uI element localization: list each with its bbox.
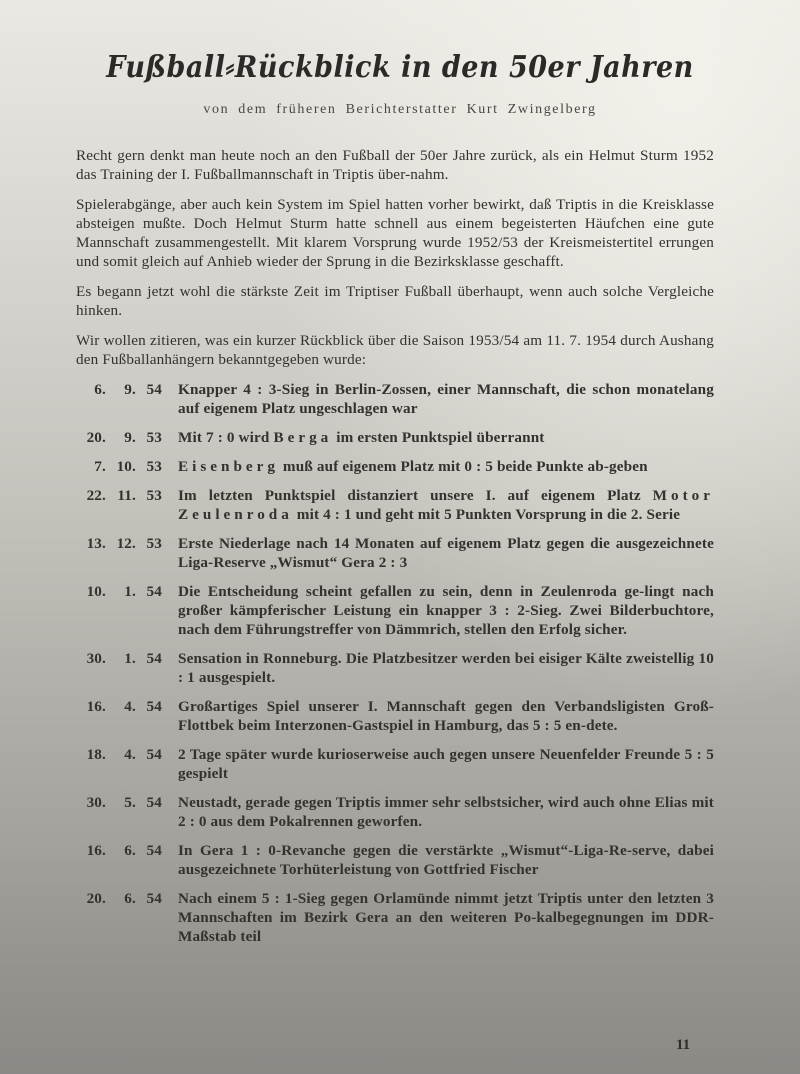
paragraph-strongest-era: Es begann jetzt wohl die stärkste Zeit i… [76, 282, 714, 320]
entry-text-after: mit 4 : 1 und geht mit 5 Punkten Vorspru… [293, 506, 680, 523]
entry-date: 13. 12. 53 [76, 534, 178, 553]
date-day: 16. [76, 841, 106, 860]
paragraph-intro: Recht gern denkt man heute noch an den F… [76, 146, 714, 184]
entry-text: Eisenberg muß auf eigenem Platz mit 0 : … [178, 457, 714, 476]
entry-text-before: Im letzten Punktspiel distanziert unsere… [178, 487, 653, 504]
entry-text-after: im ersten Punktspiel überrannt [332, 429, 544, 446]
date-year: 54 [136, 793, 162, 812]
entry-text: Neustadt, gerade gegen Triptis immer seh… [178, 793, 714, 831]
date-year: 53 [136, 534, 162, 553]
entry-text-before: Mit 7 : 0 wird [178, 429, 273, 446]
date-day: 20. [76, 428, 106, 447]
date-month: 10. [106, 457, 136, 476]
entry-text: Knapper 4 : 3-Sieg in Berlin-Zossen, ein… [178, 380, 714, 418]
date-year: 54 [136, 380, 162, 399]
chronicle-entry: 30. 5. 54 Neustadt, gerade gegen Triptis… [76, 793, 714, 831]
date-month: 4. [106, 697, 136, 716]
entry-date: 20. 9. 53 [76, 428, 178, 447]
paragraph-quote-intro: Wir wollen zitieren, was ein kurzer Rück… [76, 331, 714, 369]
article-body: Recht gern denkt man heute noch an den F… [76, 146, 714, 956]
date-day: 13. [76, 534, 106, 553]
entry-date: 16. 6. 54 [76, 841, 178, 860]
date-month: 1. [106, 582, 136, 601]
chronicle-entry: 16. 4. 54 Großartiges Spiel unserer I. M… [76, 697, 714, 735]
date-day: 18. [76, 745, 106, 764]
chronicle-entry: 22. 11. 53 Im letzten Punktspiel distanz… [76, 486, 714, 524]
chronicle-entry: 18. 4. 54 2 Tage später wurde kurioserwe… [76, 745, 714, 783]
entry-text: Nach einem 5 : 1-Sieg gegen Orlamünde ni… [178, 889, 714, 946]
date-year: 54 [136, 649, 162, 668]
chronicle-entry: 10. 1. 54 Die Entscheidung scheint gefal… [76, 582, 714, 639]
entry-date: 7. 10. 53 [76, 457, 178, 476]
entry-date: 30. 5. 54 [76, 793, 178, 812]
date-day: 16. [76, 697, 106, 716]
document-page: Fußball⸗Rückblick in den 50er Jahren von… [0, 0, 800, 1074]
date-day: 6. [76, 380, 106, 399]
date-month: 5. [106, 793, 136, 812]
date-year: 53 [136, 428, 162, 447]
entry-text: Sensation in Ronneburg. Die Platzbesitze… [178, 649, 714, 687]
chronicle-entry: 30. 1. 54 Sensation in Ronneburg. Die Pl… [76, 649, 714, 687]
entry-text: In Gera 1 : 0-Revanche gegen die verstär… [178, 841, 714, 879]
entry-text: Großartiges Spiel unserer I. Mannschaft … [178, 697, 714, 735]
date-year: 54 [136, 841, 162, 860]
date-month: 6. [106, 889, 136, 908]
team-name-spaced: Berga [273, 429, 332, 446]
entry-date: 22. 11. 53 [76, 486, 178, 505]
date-year: 54 [136, 889, 162, 908]
entry-text: Erste Niederlage nach 14 Monaten auf eig… [178, 534, 714, 572]
author-byline: von dem früheren Berichterstatter Kurt Z… [0, 102, 800, 118]
entry-date: 6. 9. 54 [76, 380, 178, 399]
date-day: 22. [76, 486, 106, 505]
date-month: 11. [106, 486, 136, 505]
date-year: 53 [136, 457, 162, 476]
date-day: 7. [76, 457, 106, 476]
chronicle-entry: 20. 9. 53 Mit 7 : 0 wird Berga im ersten… [76, 428, 714, 447]
date-month: 4. [106, 745, 136, 764]
date-month: 9. [106, 428, 136, 447]
entry-text: Im letzten Punktspiel distanziert unsere… [178, 486, 714, 524]
entry-text: Die Entscheidung scheint gefallen zu sei… [178, 582, 714, 639]
date-month: 1. [106, 649, 136, 668]
date-year: 54 [136, 582, 162, 601]
paragraph-relegation: Spielerabgänge, aber auch kein System im… [76, 195, 714, 271]
date-day: 30. [76, 793, 106, 812]
date-month: 6. [106, 841, 136, 860]
chronicle-entry: 6. 9. 54 Knapper 4 : 3-Sieg in Berlin-Zo… [76, 380, 714, 418]
date-year: 53 [136, 486, 162, 505]
chronicle-entry: 13. 12. 53 Erste Niederlage nach 14 Mona… [76, 534, 714, 572]
date-day: 30. [76, 649, 106, 668]
entry-date: 20. 6. 54 [76, 889, 178, 908]
entry-date: 18. 4. 54 [76, 745, 178, 764]
chronicle-entry: 7. 10. 53 Eisenberg muß auf eigenem Plat… [76, 457, 714, 476]
entry-date: 30. 1. 54 [76, 649, 178, 668]
page-number: 11 [676, 1037, 690, 1054]
date-year: 54 [136, 745, 162, 764]
date-year: 54 [136, 697, 162, 716]
entry-date: 16. 4. 54 [76, 697, 178, 716]
team-name-spaced: Eisenberg [178, 458, 279, 475]
entry-text: 2 Tage später wurde kurioserweise auch g… [178, 745, 714, 783]
page-title: Fußball⸗Rückblick in den 50er Jahren [0, 50, 800, 85]
entry-text: Mit 7 : 0 wird Berga im ersten Punktspie… [178, 428, 714, 447]
chronicle-entry: 16. 6. 54 In Gera 1 : 0-Revanche gegen d… [76, 841, 714, 879]
date-month: 9. [106, 380, 136, 399]
date-day: 20. [76, 889, 106, 908]
date-month: 12. [106, 534, 136, 553]
date-day: 10. [76, 582, 106, 601]
season-chronicle: 6. 9. 54 Knapper 4 : 3-Sieg in Berlin-Zo… [76, 380, 714, 946]
entry-date: 10. 1. 54 [76, 582, 178, 601]
entry-text-after: muß auf eigenem Platz mit 0 : 5 beide Pu… [279, 458, 648, 475]
chronicle-entry: 20. 6. 54 Nach einem 5 : 1-Sieg gegen Or… [76, 889, 714, 946]
